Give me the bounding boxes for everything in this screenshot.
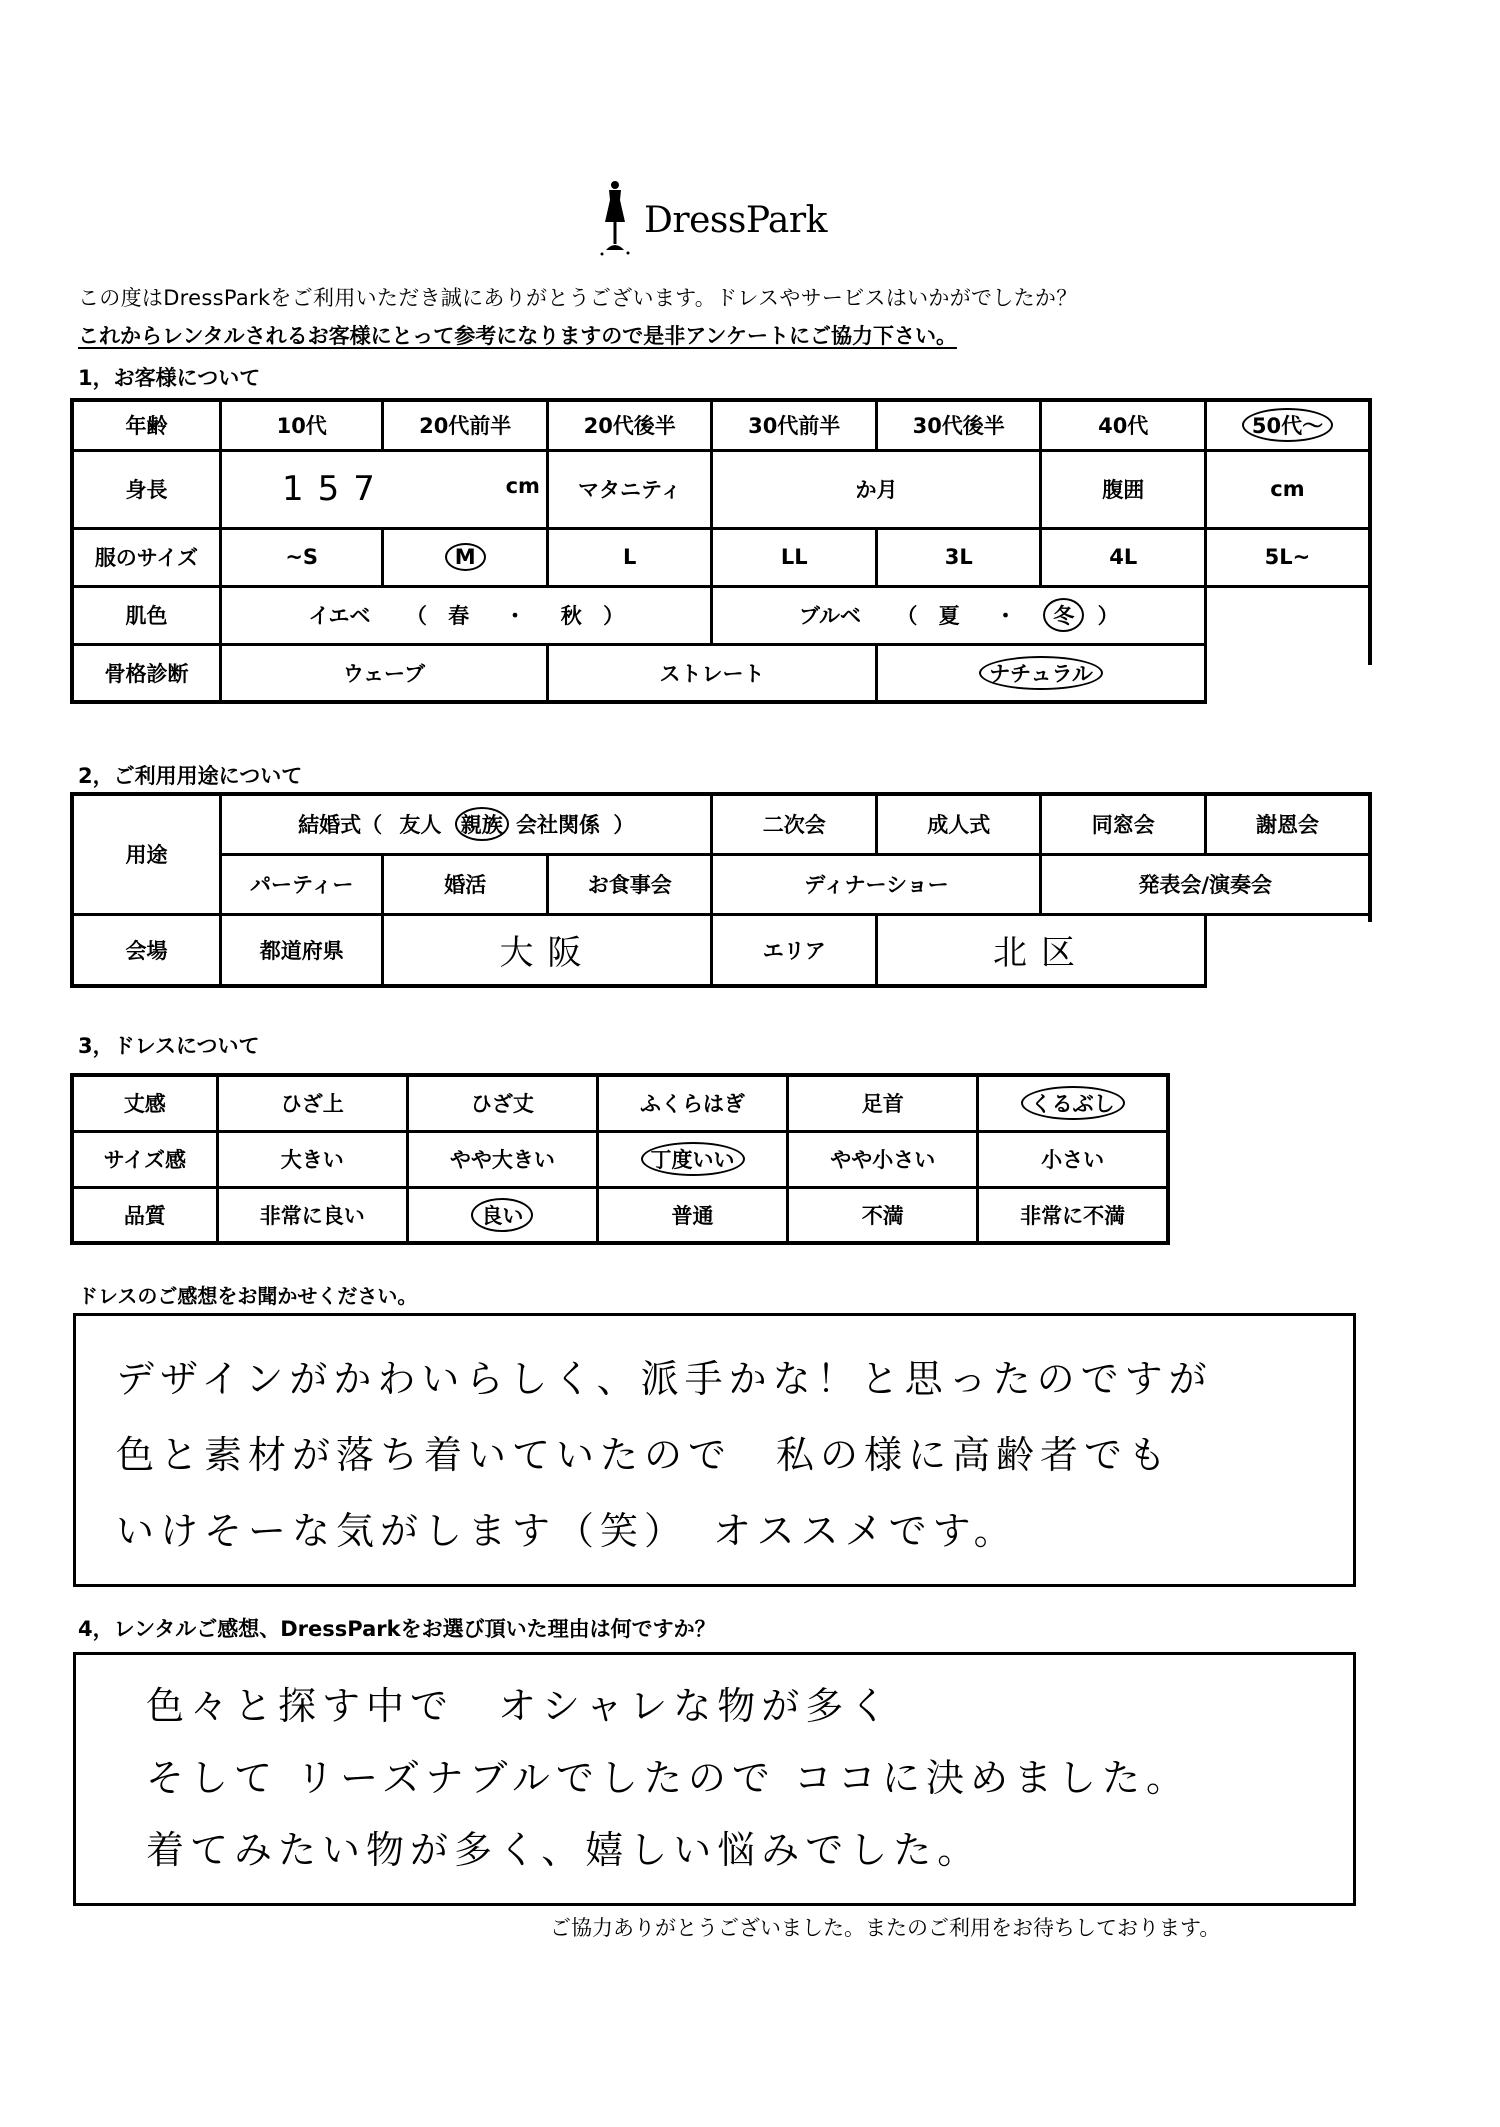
- autumn-option[interactable]: 秋: [561, 604, 582, 628]
- size-option[interactable]: LL: [712, 528, 877, 586]
- paren-open: （: [406, 604, 427, 628]
- age-option[interactable]: 40代: [1041, 400, 1206, 450]
- maternity-label: マタニティ: [547, 450, 712, 528]
- maternity-unit: か月: [855, 478, 897, 502]
- purpose-option[interactable]: 謝恩会: [1205, 794, 1370, 854]
- length-option[interactable]: 足首: [788, 1075, 978, 1131]
- purpose-option[interactable]: ディナーショー: [712, 854, 1041, 914]
- brand-name: DressPark: [644, 200, 827, 241]
- selection-circle: 丁度いい: [641, 1142, 745, 1176]
- prefecture-field[interactable]: 大阪: [383, 914, 712, 986]
- purpose-option[interactable]: 発表会/演奏会: [1041, 854, 1370, 914]
- closing-message: ご協力ありがとうございました。またのご利用をお待ちしております。: [550, 1912, 1220, 1942]
- impressions-line: いけそーな気がします（笑） オススメです。: [116, 1500, 1018, 1555]
- summer-option[interactable]: 夏: [939, 604, 960, 628]
- size-label: 服のサイズ: [72, 528, 220, 586]
- prefecture-value: 大阪: [499, 933, 595, 973]
- quality-option[interactable]: 非常に不満: [978, 1187, 1168, 1243]
- impressions-label: ドレスのご感想をお聞かせください。: [78, 1280, 417, 1309]
- age-option-selected[interactable]: 50代～: [1205, 400, 1370, 450]
- fit-option-selected[interactable]: 丁度いい: [597, 1131, 787, 1187]
- size-option-selected[interactable]: M: [383, 528, 548, 586]
- height-label: 身長: [72, 450, 220, 528]
- skin-label: 肌色: [72, 586, 220, 644]
- blank-area: [1207, 665, 1377, 785]
- frame-row: 骨格診断 ウェーブ ストレート ナチュラル: [72, 644, 1370, 702]
- wedding-option[interactable]: 結婚式（ 友人 親族 会社関係 ）: [220, 794, 712, 854]
- age-option[interactable]: 10代: [220, 400, 383, 450]
- prefecture-label: 都道府県: [220, 914, 383, 986]
- purpose-option[interactable]: 成人式: [876, 794, 1041, 854]
- frame-label: 骨格診断: [72, 644, 220, 702]
- separator-dot: ・: [995, 604, 1016, 628]
- company-option[interactable]: 会社関係: [516, 813, 600, 837]
- empty-cell: [1205, 586, 1370, 644]
- age-option[interactable]: 30代後半: [876, 400, 1041, 450]
- venue-label: 会場: [72, 914, 220, 986]
- fit-option[interactable]: 小さい: [978, 1131, 1168, 1187]
- quality-row: 品質 非常に良い 良い 普通 不満 非常に不満: [72, 1187, 1168, 1243]
- size-option[interactable]: ~S: [220, 528, 383, 586]
- impressions-line: デザインがかわいらしく、派手かな！と思ったのですが: [116, 1348, 1213, 1403]
- fit-label: サイズ感: [72, 1131, 217, 1187]
- friend-option[interactable]: 友人: [399, 813, 441, 837]
- age-option[interactable]: 20代後半: [547, 400, 712, 450]
- customer-info-table: 年齢 10代 20代前半 20代後半 30代前半 30代後半 40代 50代～ …: [70, 398, 1372, 704]
- length-option[interactable]: ひざ上: [217, 1075, 407, 1131]
- height-unit: cm: [506, 474, 540, 498]
- maternity-field[interactable]: か月: [712, 450, 1041, 528]
- length-option[interactable]: ふくらはぎ: [597, 1075, 787, 1131]
- family-option-selected[interactable]: 親族: [455, 807, 509, 841]
- size-option[interactable]: L: [547, 528, 712, 586]
- spring-option[interactable]: 春: [448, 604, 469, 628]
- paren-close: ）: [613, 813, 634, 837]
- length-label: 丈感: [72, 1075, 217, 1131]
- selection-circle: 良い: [471, 1198, 533, 1232]
- height-field[interactable]: 157 cm: [220, 450, 547, 528]
- purpose-option[interactable]: お食事会: [547, 854, 712, 914]
- section3-title: 3，ドレスについて: [78, 1030, 260, 1060]
- winter-option-selected[interactable]: 冬: [1043, 598, 1084, 632]
- age-option[interactable]: 30代前半: [712, 400, 877, 450]
- dress-table: 丈感 ひざ上 ひざ丈 ふくらはぎ 足首 くるぶし サイズ感 大きい やや大きい …: [70, 1073, 1170, 1245]
- blank-area: [1207, 922, 1377, 1002]
- height-row: 身長 157 cm マタニティ か月 腹囲 cm: [72, 450, 1370, 528]
- fit-option[interactable]: やや大きい: [407, 1131, 597, 1187]
- paren-open: （: [896, 604, 917, 628]
- blue-base-label: ブルベ: [799, 604, 861, 628]
- section2-title: 2，ご利用用途について: [78, 760, 302, 790]
- size-option[interactable]: 3L: [876, 528, 1041, 586]
- age-label: 年齢: [72, 400, 220, 450]
- purpose-option[interactable]: 婚活: [383, 854, 548, 914]
- usage-table: 用途 結婚式（ 友人 親族 会社関係 ） 二次会 成人式 同窓会 謝恩会 パーテ…: [70, 792, 1372, 988]
- impressions-box[interactable]: デザインがかわいらしく、派手かな！と思ったのですが 色と素材が落ち着いていたので…: [73, 1313, 1356, 1587]
- area-label: エリア: [712, 914, 877, 986]
- quality-option[interactable]: 非常に良い: [217, 1187, 407, 1243]
- frame-option-selected[interactable]: ナチュラル: [876, 644, 1205, 702]
- size-option[interactable]: 4L: [1041, 528, 1206, 586]
- selection-circle: ナチュラル: [979, 656, 1103, 690]
- quality-option[interactable]: 普通: [597, 1187, 787, 1243]
- selection-circle: M: [445, 543, 486, 571]
- intro-text: この度はDressParkをご利用いただき誠にありがとうございます。ドレスやサー…: [78, 282, 1078, 312]
- purpose-option[interactable]: 同窓会: [1041, 794, 1206, 854]
- height-value: 157: [282, 469, 389, 509]
- paren-close: ）: [603, 604, 624, 628]
- skin-row: 肌色 イエベ （ 春 ・ 秋 ） ブルベ （ 夏 ・ 冬 ）: [72, 586, 1370, 644]
- purpose-option[interactable]: 二次会: [712, 794, 877, 854]
- age-option[interactable]: 20代前半: [383, 400, 548, 450]
- selection-circle: 50代～: [1242, 408, 1333, 442]
- age-row: 年齢 10代 20代前半 20代後半 30代前半 30代後半 40代 50代～: [72, 400, 1370, 450]
- frame-option[interactable]: ストレート: [547, 644, 876, 702]
- fit-row: サイズ感 大きい やや大きい 丁度いい やや小さい 小さい: [72, 1131, 1168, 1187]
- waist-label: 腹囲: [1041, 450, 1206, 528]
- fit-option[interactable]: 大きい: [217, 1131, 407, 1187]
- area-value: 北区: [993, 933, 1089, 973]
- reason-box[interactable]: 色々と探す中で オシャレな物が多く そして リーズナブルでしたので ココに決めま…: [73, 1652, 1356, 1906]
- dress-form-icon: [598, 180, 632, 260]
- waist-unit: cm: [1270, 477, 1304, 501]
- purpose-option[interactable]: パーティー: [220, 854, 383, 914]
- area-field[interactable]: 北区: [876, 914, 1205, 986]
- quality-option[interactable]: 不満: [788, 1187, 978, 1243]
- reason-line: 色々と探す中で オシャレな物が多く: [146, 1675, 893, 1730]
- section4-title: 4，レンタルご感想、DressParkをお選び頂いた理由は何ですか？: [78, 1613, 716, 1643]
- length-option[interactable]: ひざ丈: [407, 1075, 597, 1131]
- purpose-label: 用途: [72, 794, 220, 914]
- yellow-base-label: イエベ: [308, 604, 370, 628]
- reason-line: そして リーズナブルでしたので ココに決めました。: [146, 1747, 1190, 1802]
- skin-blue-option[interactable]: ブルベ （ 夏 ・ 冬 ）: [712, 586, 1206, 644]
- paren-close: ）: [1098, 604, 1119, 628]
- reason-line: 着てみたい物が多く、嬉しい悩みでした。: [146, 1819, 981, 1874]
- section1-title: 1，お客様について: [78, 362, 260, 392]
- brand-logo: DressPark: [598, 180, 827, 260]
- separator-dot: ・: [504, 604, 525, 628]
- size-option[interactable]: 5L~: [1205, 528, 1370, 586]
- size-row: 服のサイズ ~S M L LL 3L 4L 5L~: [72, 528, 1370, 586]
- impressions-line: 色と素材が落ち着いていたので 私の様に高齢者でも: [116, 1424, 1172, 1479]
- fit-option[interactable]: やや小さい: [788, 1131, 978, 1187]
- quality-label: 品質: [72, 1187, 217, 1243]
- selection-circle: くるぶし: [1021, 1086, 1125, 1120]
- length-row: 丈感 ひざ上 ひざ丈 ふくらはぎ 足首 くるぶし: [72, 1075, 1168, 1131]
- intro-request: これからレンタルされるお客様にとって参考になりますので是非アンケートにご協力下さ…: [78, 320, 957, 350]
- length-option-selected[interactable]: くるぶし: [978, 1075, 1168, 1131]
- skin-yellow-option[interactable]: イエベ （ 春 ・ 秋 ）: [220, 586, 712, 644]
- waist-field[interactable]: cm: [1205, 450, 1370, 528]
- frame-option[interactable]: ウェーブ: [220, 644, 547, 702]
- wedding-label: 結婚式（: [298, 813, 382, 837]
- quality-option-selected[interactable]: 良い: [407, 1187, 597, 1243]
